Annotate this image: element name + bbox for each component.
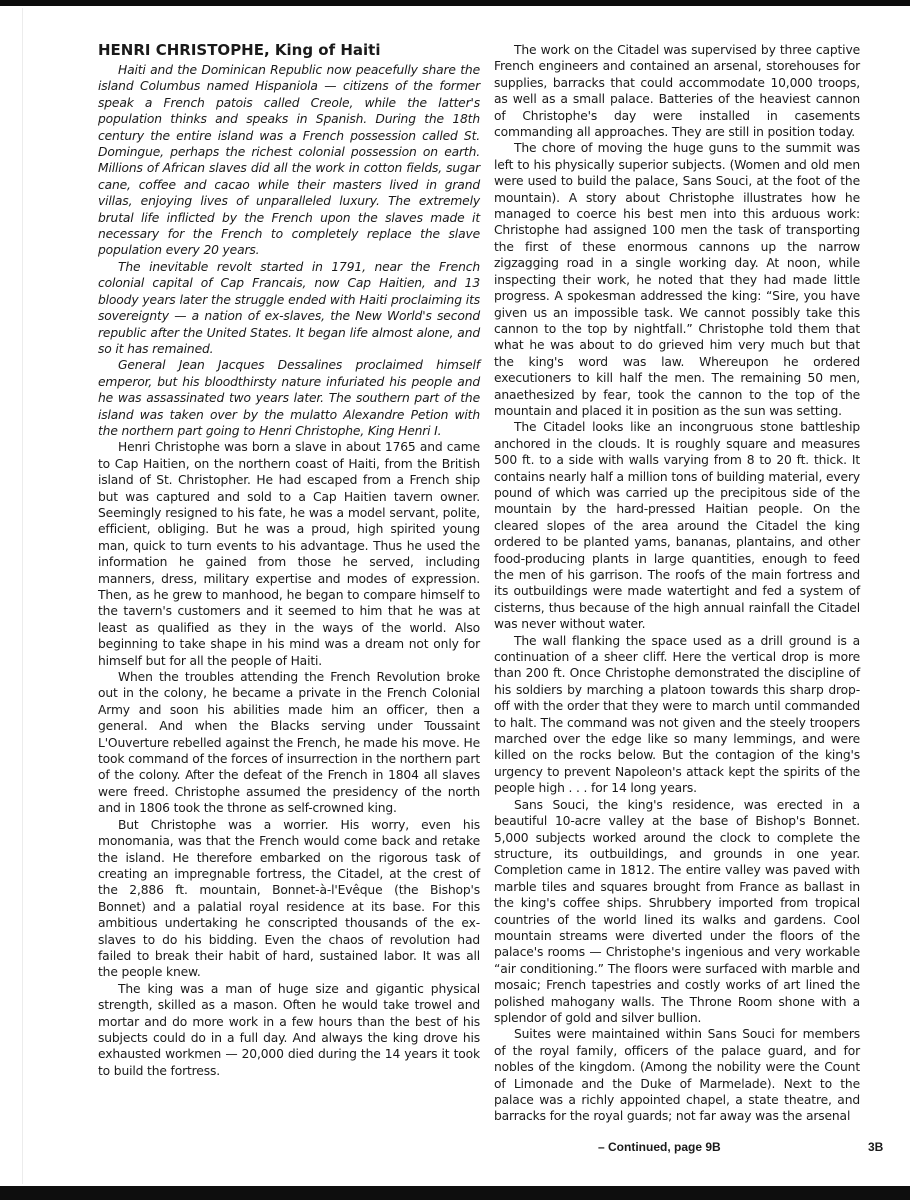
page-edge-line <box>22 8 23 1184</box>
intro-paragraph: The inevitable revolt started in 1791, n… <box>98 259 480 357</box>
body-paragraph: The chore of moving the huge guns to the… <box>494 140 860 419</box>
scan-border-top <box>0 0 910 6</box>
left-column: HENRI CHRISTOPHE, King of Haiti Haiti an… <box>98 40 480 1079</box>
body-paragraph: The king was a man of huge size and giga… <box>98 981 480 1079</box>
body-paragraph: But Christophe was a worrier. His worry,… <box>98 817 480 981</box>
italic-intro: Haiti and the Dominican Republic now pea… <box>98 62 480 439</box>
body-paragraph: Sans Souci, the king's residence, was er… <box>494 797 860 1027</box>
body-paragraph: The Citadel looks like an incongruous st… <box>494 419 860 632</box>
left-body: Henri Christophe was born a slave in abo… <box>98 439 480 1079</box>
article-title: HENRI CHRISTOPHE, King of Haiti <box>98 40 480 60</box>
right-column: The work on the Citadel was supervised b… <box>494 42 860 1125</box>
body-paragraph: The work on the Citadel was supervised b… <box>494 42 860 140</box>
scan-border-bottom <box>0 1186 910 1200</box>
body-paragraph: Henri Christophe was born a slave in abo… <box>98 439 480 669</box>
continued-note: – Continued, page 9B <box>598 1140 721 1154</box>
intro-paragraph: General Jean Jacques Dessalines proclaim… <box>98 357 480 439</box>
intro-paragraph: Haiti and the Dominican Republic now pea… <box>98 62 480 259</box>
body-paragraph: Suites were maintained within Sans Souci… <box>494 1026 860 1124</box>
body-paragraph: The wall flanking the space used as a dr… <box>494 633 860 797</box>
page-number: 3B <box>868 1140 883 1154</box>
body-paragraph: When the troubles attending the French R… <box>98 669 480 817</box>
